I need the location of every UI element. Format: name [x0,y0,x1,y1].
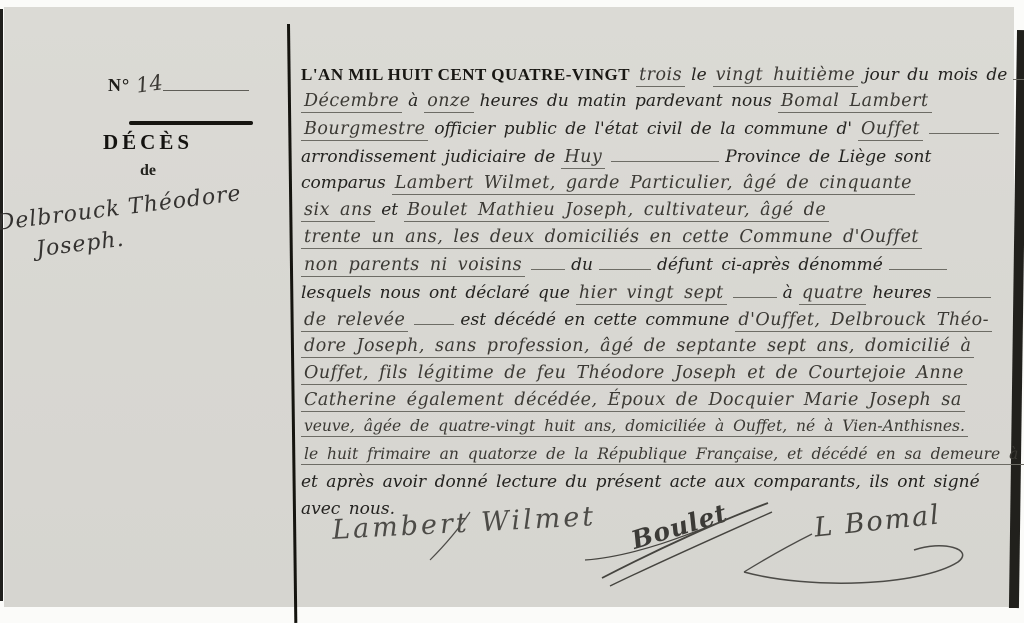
blank-rule [733,282,777,298]
act-lines: L'AN MIL HUIT CENT QUATRE-VINGTtroislevi… [301,64,1017,526]
handwritten-entry: Boulet Mathieu Joseph, cultivateur, âgé … [404,200,829,222]
handwritten-entry: Décembre [301,91,402,113]
blank-rule [531,254,565,270]
act-line: non parents ni voisinsdudéfunt ci-après … [301,254,1017,281]
handwritten-entry: hier vingt sept [576,283,727,305]
act-line: Bourgmestreofficier public de l'état civ… [301,118,1017,145]
handwritten-entry: Huy [561,147,605,169]
scan-edge-left [0,9,3,601]
margin-separator-rule [129,121,253,125]
act-line: Ouffet, fils légitime de feu Théodore Jo… [301,363,1017,390]
handwritten-entry: quatre [799,283,867,305]
printed-form-text: heures [872,283,931,303]
handwritten-entry: Catherine également décédée, Époux de Do… [301,390,965,412]
act-number-line: N°14 [108,72,249,96]
act-line: comparusLambert Wilmet, garde Particulie… [301,173,1017,200]
act-line: six ansetBoulet Mathieu Joseph, cultivat… [301,200,1017,227]
printed-form-text: arrondissement judiciaire de [301,147,555,167]
blank-rule [414,309,454,325]
printed-form-text: est décédé en cette commune [460,310,729,330]
handwritten-entry: non parents ni voisins [301,255,525,277]
handwritten-entry: trente un ans, les deux domiciliés en ce… [301,227,922,249]
printed-form-text: jour du mois de [864,65,1007,85]
act-line: trente un ans, les deux domiciliés en ce… [301,227,1017,254]
act-line: veuve, âgée de quatre-vingt huit ans, do… [301,417,1017,444]
printed-form-text: à [783,283,793,303]
act-line: arrondissement judiciaire deHuyProvince … [301,146,1017,173]
printed-form-text: du [571,255,593,275]
printed-form-text: lesquels nous ont déclaré que [301,283,570,303]
handwritten-entry: Ouffet, fils légitime de feu Théodore Jo… [301,363,967,385]
printed-form-text: à [408,91,418,111]
act-number-underline [163,76,249,91]
printed-heading-text: L'AN MIL HUIT CENT QUATRE-VINGT [301,65,630,84]
handwritten-entry: six ans [301,200,375,222]
act-number-label: N° [108,75,130,95]
act-line: le huit frimaire an quatorze de la Répub… [301,445,1017,472]
printed-form-text: défunt ci-après dénommé [657,255,883,275]
handwritten-entry: trois [636,65,685,87]
printed-form-text: heures du matin pardevant nous [480,91,772,111]
blank-rule [1013,64,1024,80]
handwritten-entry: le huit frimaire an quatorze de la Répub… [301,445,1024,465]
act-line: lesquels nous ont déclaré quehier vingt … [301,282,1017,309]
blank-rule [611,146,719,162]
record-subtitle: de [48,162,248,180]
printed-form-text: et [381,200,398,220]
act-line: dore Joseph, sans profession, âgé de sep… [301,336,1017,363]
handwritten-entry: Bomal Lambert [778,91,932,113]
act-line: Catherine également décédée, Époux de Do… [301,390,1017,417]
act-line: L'AN MIL HUIT CENT QUATRE-VINGTtroislevi… [301,64,1017,91]
printed-form-text: et après avoir donné lecture du présent … [301,472,980,492]
handwritten-entry: vingt huitième [713,65,859,87]
printed-form-text: comparus [301,173,386,193]
act-line: et après avoir donné lecture du présent … [301,472,1017,499]
printed-form-text: Province de Liège sont [725,147,931,167]
printed-form-text: officier public de l'état civil de la co… [434,119,852,139]
handwritten-entry: Bourgmestre [301,119,428,141]
blank-rule [929,118,999,134]
act-line: de relevéeest décédé en cette communed'O… [301,309,1017,336]
printed-form-text: le [691,65,707,85]
act-line: Décembreàonzeheures du matin pardevant n… [301,91,1017,118]
handwritten-entry: de relevée [301,310,408,332]
handwritten-entry: onze [424,91,473,113]
handwritten-entry: d'Ouffet, Delbrouck Théo- [735,310,992,332]
blank-rule [599,254,651,270]
handwritten-entry: Ouffet [858,119,923,141]
blank-rule [937,282,991,298]
handwritten-entry: veuve, âgée de quatre-vingt huit ans, do… [301,417,968,437]
handwritten-entry: Lambert Wilmet, garde Particulier, âgé d… [392,173,915,195]
act-number-value: 14 [135,70,165,97]
handwritten-entry: dore Joseph, sans profession, âgé de sep… [301,336,974,358]
blank-rule [889,254,947,270]
record-title: DÉCÈS [48,130,248,155]
